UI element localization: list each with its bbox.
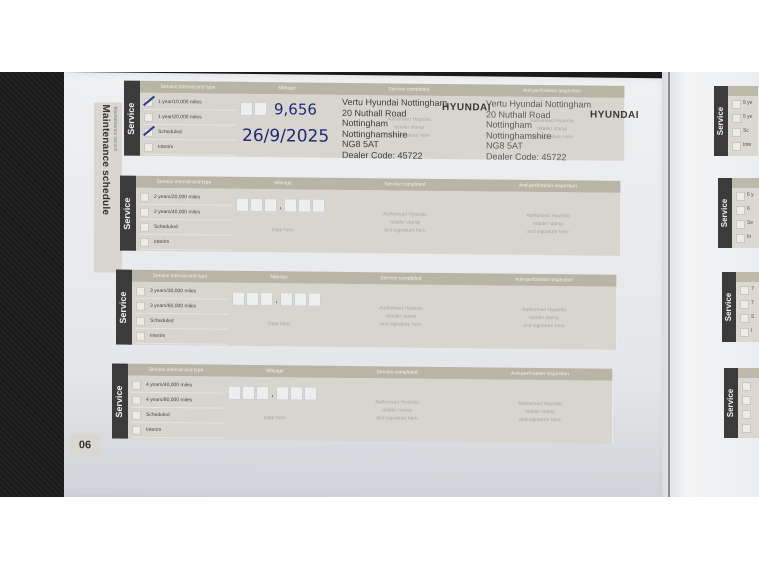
service-tab: Service	[718, 178, 732, 248]
option-label: Sc	[743, 128, 749, 134]
stamp-placeholder: Authorised Hyundairetailer stampand sign…	[468, 399, 612, 425]
header-interval	[732, 178, 759, 188]
option-label: Se	[747, 220, 753, 226]
option-label: Inte	[743, 142, 751, 148]
mileage-digit-box[interactable]	[304, 387, 317, 401]
hyundai-logo: HYUNDAI	[442, 102, 491, 114]
service-option[interactable]: Interim	[140, 235, 232, 251]
service-tab-label: Service	[118, 291, 128, 323]
service-option[interactable]: Scheduled	[132, 408, 224, 424]
service-option[interactable]: 4 years/80,000 miles	[132, 393, 224, 409]
mileage-digit-box[interactable]	[280, 292, 293, 306]
checkbox[interactable]	[740, 314, 749, 323]
service-tab: Service	[120, 176, 136, 251]
service-block-partial: Service	[724, 368, 759, 438]
header-interval: Service interval and type	[136, 176, 233, 189]
booklet-right-page: Service5 ye5 yeScInteService6 y6SeInServ…	[662, 72, 759, 497]
mileage-digit-box[interactable]	[298, 198, 311, 212]
stamp-placeholder: Authorised Hyundairetailer stampand sign…	[326, 398, 468, 423]
checkbox[interactable]	[732, 114, 741, 123]
mileage-digit-box[interactable]	[294, 292, 307, 306]
service-option[interactable]: 3 years/30,000 miles	[136, 284, 228, 300]
cell-anti-perforation: Authorised Hyundairetailer stampand sign…	[472, 285, 617, 350]
checkbox[interactable]	[742, 410, 751, 419]
checkbox[interactable]	[132, 381, 141, 390]
header-mileage: Mileage	[232, 177, 335, 190]
service-block-partial: Service77SI	[722, 272, 759, 342]
thousands-separator: ,	[278, 198, 283, 210]
header-mileage: Mileage	[236, 82, 339, 95]
service-tab: Service	[724, 368, 738, 438]
checkbox[interactable]	[144, 143, 153, 152]
mileage-digit-box[interactable]	[260, 292, 273, 306]
mileage-digit-box[interactable]	[228, 386, 241, 400]
service-option[interactable]: 2 years/40,000 miles	[140, 205, 232, 221]
mileage-boxes[interactable]	[240, 102, 267, 116]
service-option[interactable]: Scheduled	[136, 314, 228, 330]
option-label: Interim	[154, 235, 169, 249]
service-option[interactable]: Scheduled	[140, 220, 232, 236]
checkbox[interactable]	[736, 192, 745, 201]
checkbox[interactable]	[132, 396, 141, 405]
option-label: Scheduled	[146, 408, 170, 422]
service-tab: Service	[116, 270, 132, 345]
mileage-digit-box[interactable]	[246, 292, 259, 306]
option-label: 3 years/60,000 miles	[150, 299, 196, 313]
checkbox[interactable]	[736, 234, 745, 243]
mileage-digit-box[interactable]	[254, 102, 267, 116]
checkbox[interactable]	[144, 113, 153, 122]
option-label: 5 ye	[743, 100, 752, 106]
option-label: I	[751, 328, 752, 334]
checkbox[interactable]	[740, 300, 749, 309]
section-subtitle: Maintenance record	[112, 107, 118, 151]
service-tab: Service	[112, 364, 128, 439]
mileage-digit-box[interactable]	[276, 386, 289, 400]
mileage-digit-box[interactable]	[236, 198, 249, 212]
booklet-left-page: Maintenance schedule Maintenance record …	[64, 72, 670, 497]
header-interval: Service interval and type	[140, 81, 237, 94]
checkbox[interactable]	[732, 128, 741, 137]
mileage-boxes[interactable]: ,	[228, 386, 317, 401]
service-option[interactable]: 2 years/20,000 miles	[140, 190, 232, 206]
option-label: 4 years/80,000 miles	[146, 393, 192, 407]
mileage-digit-box[interactable]	[308, 293, 321, 307]
checkbox[interactable]	[742, 396, 751, 405]
header-mileage: Mileage	[228, 271, 331, 284]
service-tab-label: Service	[726, 389, 735, 417]
service-option[interactable]: 1 year/10,000 miles	[144, 95, 236, 111]
header-interval	[738, 368, 759, 378]
header-interval: Service interval and type	[132, 270, 229, 283]
option-label: In	[747, 234, 751, 240]
thousands-separator: ,	[274, 292, 279, 304]
checkbox[interactable]	[140, 238, 149, 247]
option-label: 7	[751, 300, 754, 306]
service-block: ServiceService interval and typeMileageS…	[124, 81, 624, 161]
service-tab-label: Service	[122, 197, 132, 229]
date-placeholder[interactable]: Date here	[228, 321, 330, 328]
option-label: Scheduled	[158, 125, 182, 139]
option-label: 5 ye	[743, 114, 752, 120]
header-mileage: Mileage	[224, 365, 327, 378]
service-tab-label: Service	[720, 199, 729, 227]
checkbox[interactable]	[742, 424, 751, 433]
option-label: Interim	[150, 329, 165, 343]
mileage-digit-box[interactable]	[290, 386, 303, 400]
service-option[interactable]: 1 year/20,000 miles	[144, 110, 236, 126]
service-option[interactable]: Interim	[132, 423, 224, 439]
checkbox[interactable]	[140, 223, 149, 232]
service-tab-label: Service	[114, 385, 124, 417]
option-label: 4 years/40,000 miles	[146, 378, 192, 392]
service-tab: Service	[124, 81, 140, 156]
mileage-digit-box[interactable]	[264, 198, 277, 212]
option-label: Scheduled	[154, 220, 178, 234]
stamp-placeholder: Authorised Hyundairetailer stampand sign…	[476, 211, 620, 237]
mileage-digit-box[interactable]	[250, 198, 263, 212]
option-label: S	[751, 314, 754, 320]
mileage-digit-box[interactable]	[284, 198, 297, 212]
service-block-partial: Service6 y6SeIn	[718, 178, 758, 248]
service-tab-label: Service	[716, 107, 725, 135]
service-tab-label: Service	[724, 293, 733, 321]
option-label: 2 years/40,000 miles	[154, 205, 200, 219]
stamp-placeholder: Authorised Hyundairetailer stampand sign…	[334, 210, 476, 235]
dealer-stamp: Vertu Hyundai Nottingham20 Nuthall RoadN…	[486, 98, 591, 162]
stamp-placeholder: Authorised Hyundairetailer stampand sign…	[472, 305, 616, 331]
checkbox[interactable]	[132, 411, 141, 420]
header-interval	[728, 86, 758, 96]
cell-service-completed: Authorised Hyundairetailer stampand sign…	[330, 284, 473, 348]
mileage-digit-box[interactable]	[232, 292, 245, 306]
checkbox[interactable]	[740, 328, 749, 337]
option-label: Interim	[158, 140, 173, 154]
cell-anti-perforation: Authorised Hyundairetailer stampand sign…	[468, 379, 613, 444]
service-date-handwritten: 26/9/2025	[242, 126, 329, 147]
mileage-digit-box[interactable]	[242, 386, 255, 400]
mileage-digit-box[interactable]	[256, 386, 269, 400]
option-label: 1 year/20,000 miles	[158, 110, 202, 124]
checkbox[interactable]	[136, 302, 145, 311]
checkbox[interactable]	[736, 220, 745, 229]
hyundai-logo: HYUNDAI	[590, 110, 639, 122]
option-label: 1 year/10,000 miles	[158, 95, 202, 109]
checkbox[interactable]	[136, 332, 145, 341]
checkbox[interactable]	[736, 206, 745, 215]
checkbox[interactable]	[136, 287, 145, 296]
checkbox[interactable]	[132, 426, 141, 435]
checkbox[interactable]	[742, 382, 751, 391]
booklet-spine	[668, 72, 670, 497]
service-block-partial: Service5 ye5 yeScInte	[714, 86, 754, 156]
mileage-handwritten: 9,656	[274, 100, 317, 118]
mileage-boxes[interactable]: ,	[236, 198, 325, 213]
header-interval	[736, 272, 759, 282]
photo-scene: Maintenance schedule Maintenance record …	[0, 72, 759, 497]
service-block: ServiceService interval and typeMileageD…	[120, 176, 620, 256]
cell-service-completed: Authorised Hyundairetailer stampand sign…	[326, 378, 469, 442]
service-tab: Service	[722, 272, 736, 342]
mileage-boxes[interactable]: ,	[232, 292, 321, 307]
thousands-separator: ,	[270, 386, 275, 398]
mileage-digit-box[interactable]	[240, 102, 253, 116]
mileage-digit-box[interactable]	[312, 199, 325, 213]
header-interval: Service interval and type	[128, 364, 225, 377]
service-block: ServiceService interval and typeMileageD…	[112, 364, 612, 444]
dealer-stamp: Vertu Hyundai Nottingham20 Nuthall RoadN…	[342, 97, 447, 161]
stamp-placeholder: Authorised Hyundairetailer stampand sign…	[330, 304, 472, 329]
date-placeholder[interactable]: Date here	[232, 227, 334, 234]
option-label: 6	[747, 206, 750, 212]
option-label: 3 years/30,000 miles	[150, 284, 196, 298]
cell-service-completed: Authorised Hyundairetailer stampand sign…	[334, 190, 477, 254]
checkbox[interactable]	[740, 286, 749, 295]
date-placeholder[interactable]: Date here	[224, 415, 326, 422]
checkbox[interactable]	[732, 100, 741, 109]
checkbox[interactable]	[136, 317, 145, 326]
service-option[interactable]: Scheduled	[144, 125, 236, 141]
service-tab: Service	[714, 86, 728, 156]
checkbox[interactable]	[140, 208, 149, 217]
option-label: 2 years/20,000 miles	[154, 190, 200, 204]
option-label: 7	[751, 286, 754, 292]
section-title: Maintenance schedule	[100, 104, 111, 215]
option-label: Interim	[146, 423, 161, 437]
option-label: Scheduled	[150, 314, 174, 328]
service-block: ServiceService interval and typeMileageD…	[116, 270, 616, 350]
checkbox[interactable]	[140, 193, 149, 202]
page-number: 06	[70, 434, 100, 456]
cell-anti-perforation: Authorised Hyundairetailer stampand sign…	[476, 191, 621, 256]
service-option[interactable]: 3 years/60,000 miles	[136, 299, 228, 315]
service-option[interactable]: Interim	[136, 329, 228, 345]
checkbox[interactable]	[732, 142, 741, 151]
service-option[interactable]: Interim	[144, 140, 236, 156]
option-label: 6 y	[747, 192, 754, 198]
service-option[interactable]: 4 years/40,000 miles	[132, 378, 224, 394]
service-tab-label: Service	[126, 102, 136, 134]
